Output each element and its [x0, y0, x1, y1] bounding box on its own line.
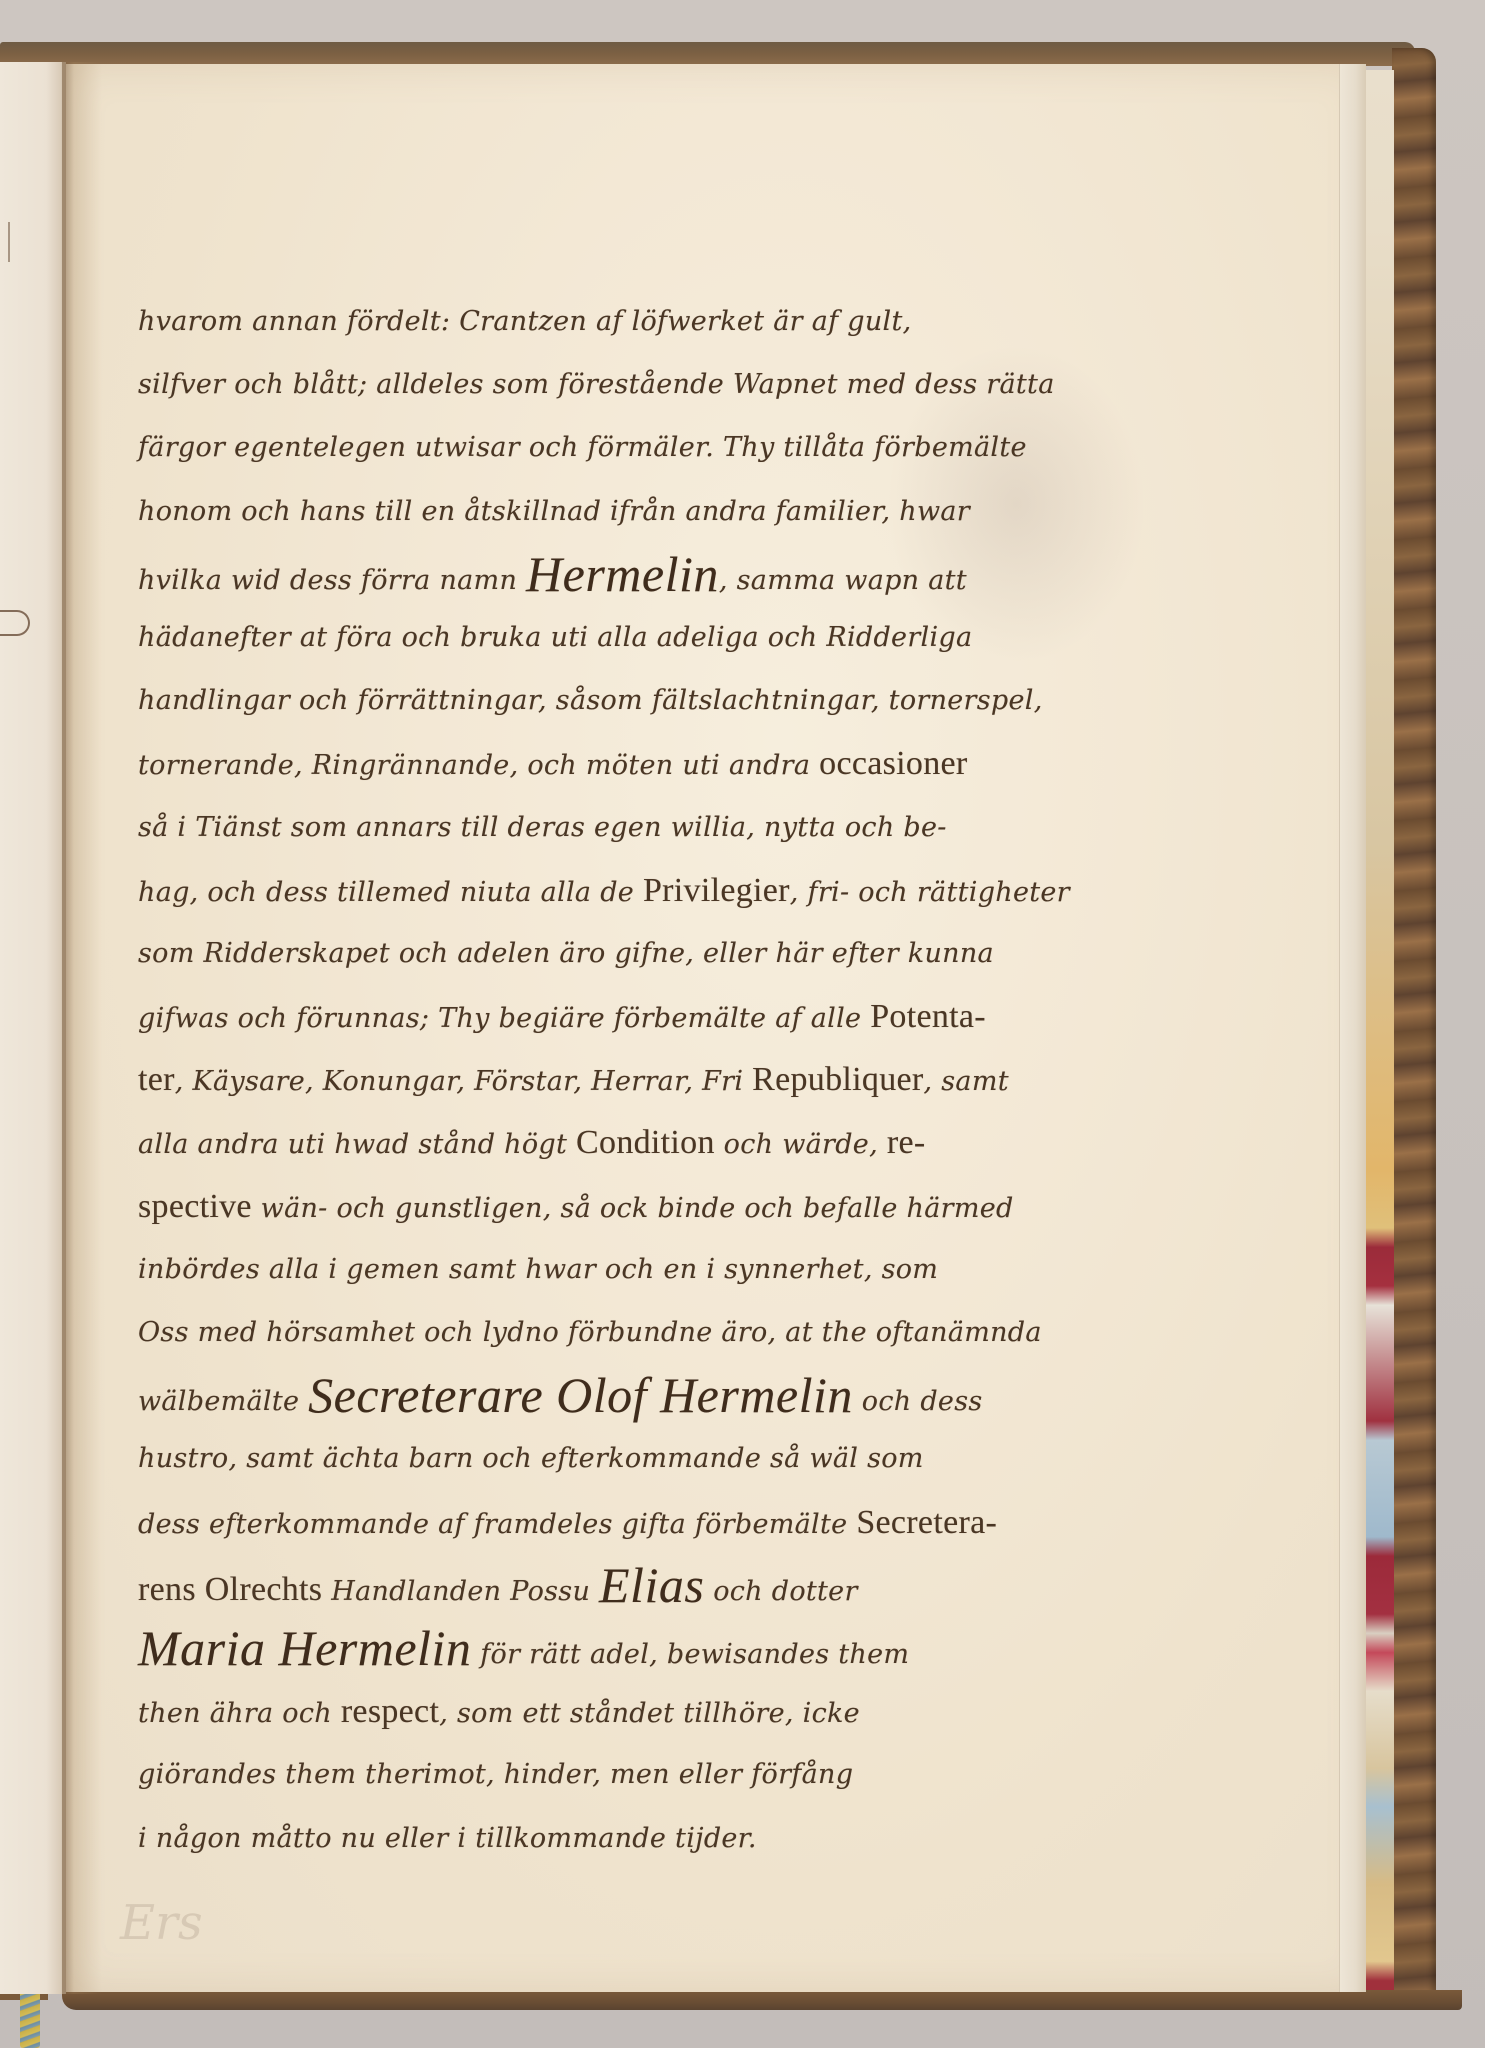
manuscript-line: ter, Käysare, Konungar, Förstar, Herrar,… [138, 1048, 1138, 1111]
line-text: och dotter [704, 1576, 857, 1607]
manuscript-line: gifwas och förunnas; Thy begiäre förbemä… [138, 985, 1138, 1048]
manuscript-line: inbördes alla i gemen samt hwar och en i… [138, 1238, 1138, 1301]
line-text: wälbemälte [138, 1386, 308, 1417]
manuscript-line: hag, och dess tillemed niuta alla de Pri… [138, 859, 1138, 922]
latin-script-word: occasioner [819, 745, 967, 782]
line-text: och dess [853, 1386, 983, 1417]
line-text: hvilka wid dess förra namn [138, 565, 526, 596]
latin-script-word: Condition [576, 1124, 715, 1161]
latin-script-word: Potenta- [870, 998, 986, 1035]
emphasized-name: Secreterare Olof Hermelin [308, 1367, 853, 1423]
bookmark-ribbon [20, 1990, 40, 2048]
manuscript-line: hvarom annan fördelt: Crantzen af löfwer… [138, 290, 1138, 353]
manuscript-line: giörandes them therimot, hinder, men ell… [138, 1743, 1138, 1806]
line-text: gifwas och förunnas; Thy begiäre förbemä… [138, 1003, 870, 1034]
line-text: , som ett ståndet tillhöre, icke [439, 1698, 860, 1729]
latin-script-word: Olrechts [205, 1571, 323, 1608]
latin-script-word: Secretera- [856, 1504, 997, 1541]
line-text: hag, och dess tillemed niuta alla de [138, 877, 643, 908]
latin-script-word: rens [138, 1571, 196, 1608]
line-text: som Ridderskapet och adelen äro gifne, e… [138, 938, 994, 969]
latin-script-word: ter [138, 1061, 175, 1098]
line-text: färgor egentelegen utwisar och förmäler.… [138, 432, 1027, 463]
line-text: , Käysare, Konungar, Förstar, Herrar, Fr… [175, 1066, 752, 1097]
manuscript-line: Oss med hörsamhet och lydno förbundne är… [138, 1301, 1138, 1364]
manuscript-line: then ähra och respect, som ett ståndet t… [138, 1680, 1138, 1743]
book-spine-leather [1392, 48, 1436, 2008]
line-text: och wärde, [715, 1129, 887, 1160]
line-text: giörandes them therimot, hinder, men ell… [138, 1759, 853, 1790]
manuscript-line: dess efterkommande af framdeles gifta fö… [138, 1491, 1138, 1554]
gutter-shadow [62, 62, 102, 1994]
emphasized-name: Elias [599, 1557, 704, 1613]
line-text: Oss med hörsamhet och lydno förbundne är… [138, 1317, 1042, 1348]
line-text: , fri- och rättigheter [790, 877, 1070, 908]
bleed-through-watermark: Ers [120, 1895, 203, 1951]
line-text: alla andra uti hwad stånd högt [138, 1129, 576, 1160]
handwritten-text-block: hvarom annan fördelt: Crantzen af löfwer… [138, 290, 1138, 1870]
line-text: så i Tiänst som annars till deras egen w… [138, 812, 947, 843]
manuscript-line: alla andra uti hwad stånd högt Condition… [138, 1111, 1138, 1174]
manuscript-line: Maria Hermelin för rätt adel, bewisandes… [138, 1617, 1138, 1680]
line-text: i någon måtto nu eller i tillkommande ti… [138, 1823, 757, 1854]
latin-script-word: spective [138, 1188, 252, 1225]
book-cover-bottom-edge [62, 1990, 1462, 2010]
manuscript-line: hvilka wid dess förra namn Hermelin, sam… [138, 543, 1138, 606]
manuscript-line: i någon måtto nu eller i tillkommande ti… [138, 1807, 1138, 1870]
line-text: Handlanden Possu [322, 1576, 599, 1607]
manuscript-line: honom och hans till en åtskillnad ifrån … [138, 480, 1138, 543]
manuscript-line: spective wän- och gunstligen, så ock bin… [138, 1175, 1138, 1238]
line-text: tornerande, Ringrännande, och möten uti … [138, 750, 819, 781]
latin-script-word: Privilegier [643, 872, 790, 909]
line-text: silfver och blått; alldeles som föreståe… [138, 369, 1055, 400]
emphasized-name: Maria Hermelin [138, 1620, 471, 1676]
line-text [196, 1576, 205, 1607]
line-text: honom och hans till en åtskillnad ifrån … [138, 496, 970, 527]
marbled-endpaper [1366, 70, 1394, 2000]
line-text: then ähra och [138, 1698, 341, 1729]
line-text: , samma wapn att [719, 565, 967, 596]
manuscript-line: silfver och blått; alldeles som föreståe… [138, 353, 1138, 416]
line-text: för rätt adel, bewisandes them [471, 1639, 909, 1670]
manuscript-line: handlingar och förrättningar, såsom fält… [138, 669, 1138, 732]
line-text: inbördes alla i gemen samt hwar och en i… [138, 1254, 938, 1285]
manuscript-line: färgor egentelegen utwisar och förmäler.… [138, 416, 1138, 479]
line-text: , samt [924, 1066, 1009, 1097]
emphasized-name: Hermelin [526, 546, 719, 602]
left-facing-page [0, 62, 66, 1994]
manuscript-line: hustro, samt ächta barn och efterkommand… [138, 1427, 1138, 1490]
line-text: hvarom annan fördelt: Crantzen af löfwer… [138, 306, 912, 337]
manuscript-line: så i Tiänst som annars till deras egen w… [138, 796, 1138, 859]
line-text: handlingar och förrättningar, såsom fält… [138, 685, 1043, 716]
line-text: hädanefter at föra och bruka uti alla ad… [138, 622, 972, 653]
book-cover-top-edge [0, 42, 1415, 66]
manuscript-line: som Ridderskapet och adelen äro gifne, e… [138, 922, 1138, 985]
latin-script-word: re- [887, 1124, 926, 1161]
manuscript-line: tornerande, Ringrännande, och möten uti … [138, 732, 1138, 795]
ink-flourish-mark [0, 610, 30, 636]
line-text: dess efterkommande af framdeles gifta fö… [138, 1509, 856, 1540]
manuscript-line: rens Olrechts Handlanden Possu Elias och… [138, 1554, 1138, 1617]
line-text: wän- och gunstligen, så ock binde och be… [252, 1193, 1014, 1224]
manuscript-line: wälbemälte Secreterare Olof Hermelin och… [138, 1364, 1138, 1427]
ink-mark [0, 222, 10, 262]
page-edge-stack [1339, 64, 1366, 1992]
latin-script-word: respect [341, 1693, 439, 1730]
manuscript-line: hädanefter at föra och bruka uti alla ad… [138, 606, 1138, 669]
line-text: hustro, samt ächta barn och efterkommand… [138, 1443, 924, 1474]
latin-script-word: Republiquer [752, 1061, 923, 1098]
manuscript-page: hvarom annan fördelt: Crantzen af löfwer… [66, 64, 1366, 1992]
